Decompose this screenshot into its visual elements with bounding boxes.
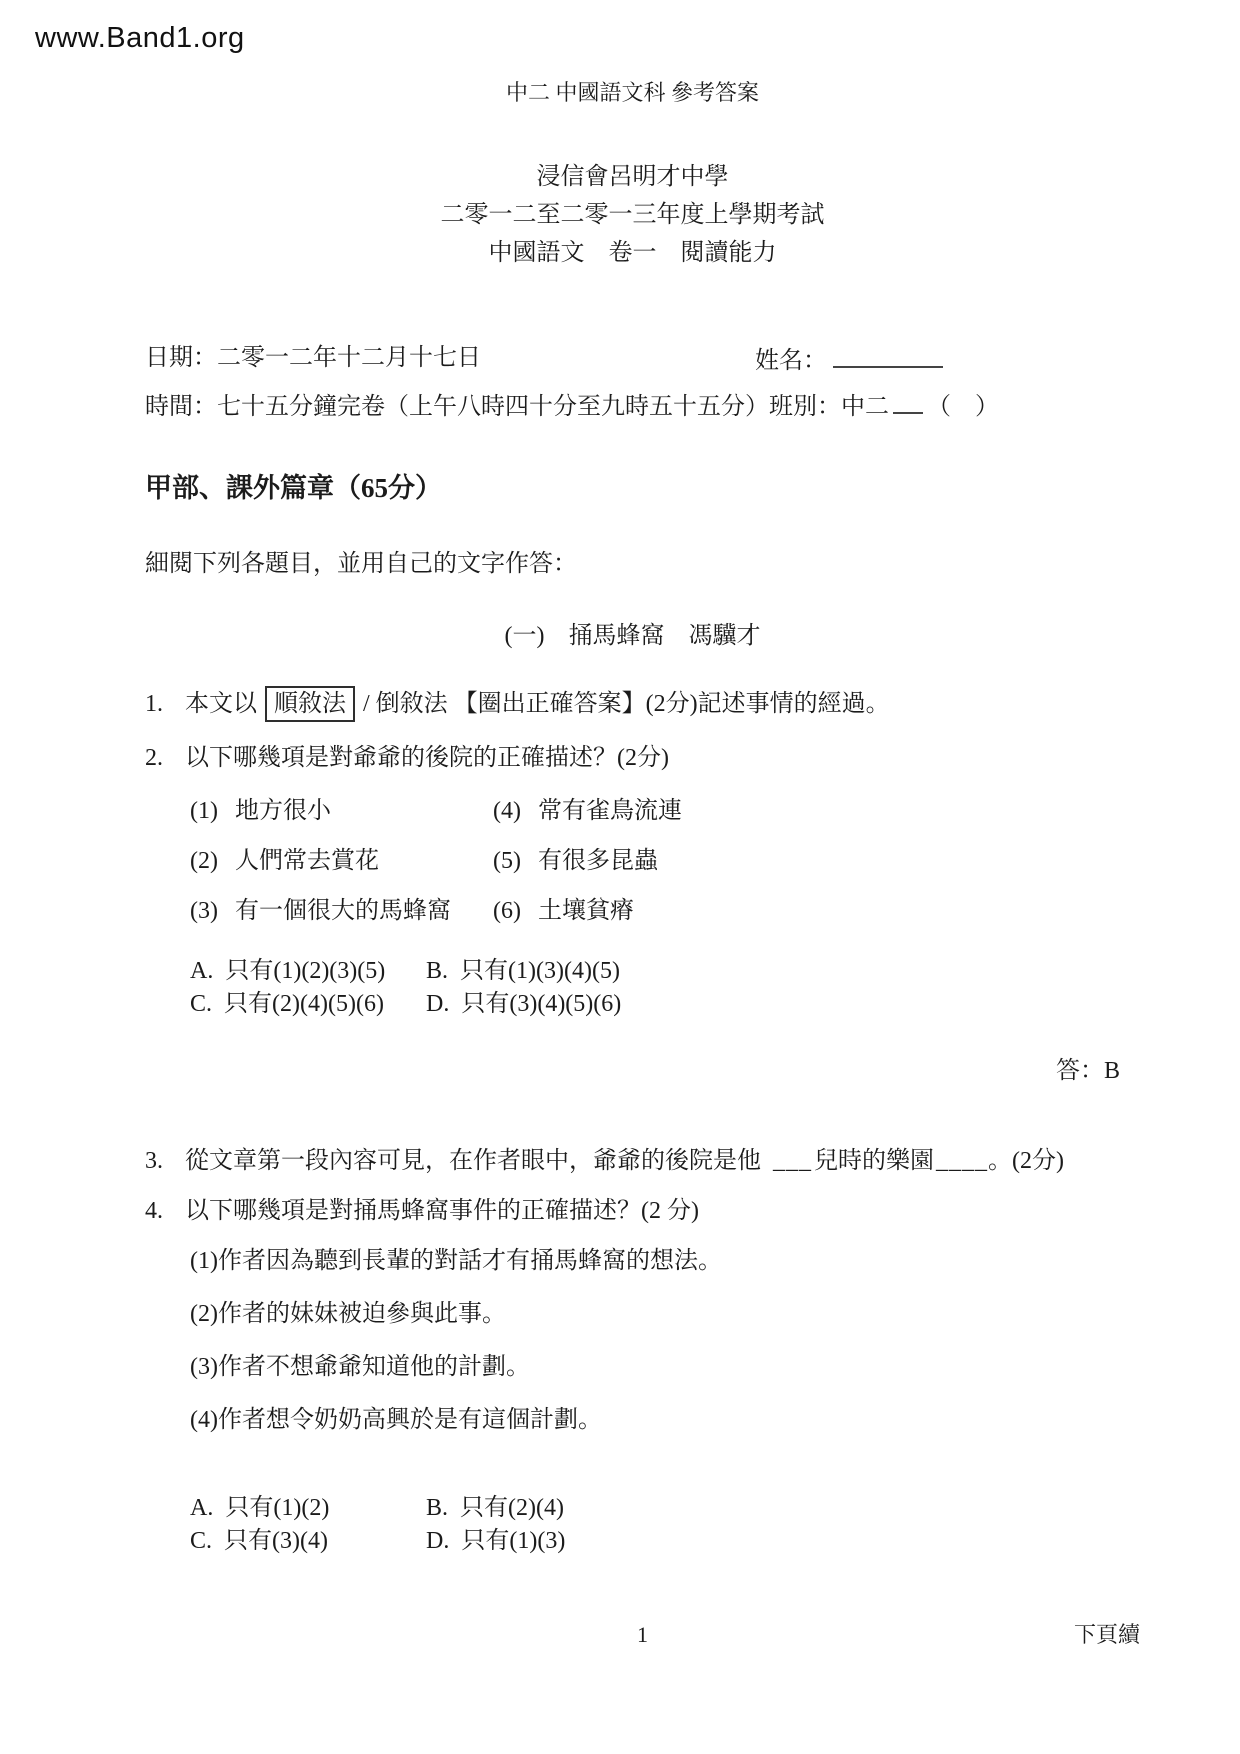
option-label: A.	[190, 955, 213, 988]
question-3-text-post: 。(2分)	[988, 1148, 1064, 1174]
option-text: 只有(1)(2)(3)(5)	[225, 958, 385, 984]
question-2-answer: 答：B	[145, 1055, 1120, 1088]
name-blank-line	[833, 342, 943, 368]
doc-label: 中二 中國語文科 參考答案	[145, 76, 1120, 109]
option-label: C.	[190, 1525, 212, 1558]
option-d: D.只有(1)(3)	[420, 1528, 565, 1554]
question-2-options-row-1: A.只有(1)(2)(3)(5) B.只有(1)(3)(4)(5)	[190, 955, 1120, 988]
option-b: B.只有(1)(3)(4)(5)	[420, 958, 620, 984]
time-class-row: 時間：七十五分鐘完卷（上午八時四十分至九時五十五分）班別：中二（ ）	[145, 388, 1120, 424]
list-item: (5)有很多昆蟲	[493, 845, 1120, 878]
page-footer: 1 下頁續	[145, 1620, 1140, 1650]
question-3-filled-answer: 兒時的樂園	[814, 1148, 934, 1174]
question-4-options-row-1: A.只有(1)(2) B.只有(2)(4)	[190, 1492, 1120, 1525]
option-label: C.	[190, 988, 212, 1021]
question-2-text: 以下哪幾項是對爺爺的後院的正確描述？(2分)	[185, 745, 669, 771]
question-4-item-2: (2)作者的妹妹被迫參與此事。	[190, 1298, 1120, 1331]
item-number: (3)	[190, 895, 235, 928]
blank-underscores: ___	[773, 1148, 812, 1174]
question-4-item-4: (4)作者想令奶奶高興於是有這個計劃。	[190, 1404, 1120, 1437]
option-text: 只有(1)(3)(4)(5)	[460, 958, 620, 984]
option-text: 只有(3)(4)	[224, 1528, 328, 1554]
item-number: (6)	[493, 895, 538, 928]
passage-title: (一) 捅馬蜂窩 馮驥才	[145, 620, 1120, 653]
watermark-link: www.Band1.org	[35, 22, 245, 55]
question-4-text: 以下哪幾項是對捅馬蜂窩事件的正確描述？(2 分)	[185, 1198, 699, 1224]
name-field-group: 姓名：	[755, 342, 943, 378]
question-1-number: 1.	[145, 684, 185, 724]
class-parens: （ ）	[927, 394, 999, 420]
item-number: (2)	[190, 845, 235, 878]
option-text: 只有(2)(4)	[460, 1495, 564, 1521]
item-text: 土壤貧瘠	[538, 898, 634, 924]
question-2-items: (1)地方很小 (4)常有雀鳥流連 (2)人們常去賞花 (5)有很多昆蟲 (3)…	[190, 795, 1120, 928]
option-text: 只有(3)(4)(5)(6)	[461, 991, 621, 1017]
item-number: (5)	[493, 845, 538, 878]
exam-answer-page: www.Band1.org 中二 中國語文科 參考答案 浸信會呂明才中學 二零一…	[0, 0, 1240, 1754]
item-text: 有一個很大的馬蜂窩	[235, 898, 451, 924]
item-text: 常有雀鳥流連	[538, 798, 682, 824]
list-item: (1)地方很小	[190, 795, 493, 828]
list-item: (4)常有雀鳥流連	[493, 795, 1120, 828]
question-4-options-row-2: C.只有(3)(4) D.只有(1)(3)	[190, 1525, 1120, 1558]
option-label: A.	[190, 1492, 213, 1525]
question-1: 1.本文以順敘法/ 倒敘法 【圈出正確答案】(2分)記述事情的經過。	[145, 684, 1120, 724]
class-blank-line	[893, 388, 923, 414]
item-number: (4)	[493, 795, 538, 828]
option-d: D.只有(3)(4)(5)(6)	[420, 991, 621, 1017]
option-label: D.	[426, 1525, 449, 1558]
paper-title-line: 中國語文 卷一 閱讀能力	[145, 237, 1120, 270]
option-text: 只有(2)(4)(5)(6)	[224, 991, 384, 1017]
instruction-line: 細閱下列各題目，並用自己的文字作答：	[145, 548, 1120, 581]
question-1-circled-answer: 順敘法	[265, 686, 355, 722]
page-content: 中二 中國語文科 參考答案 浸信會呂明才中學 二零一二至二零一三年度上學期考試 …	[0, 76, 1240, 1558]
option-label: B.	[426, 955, 448, 988]
date-name-row: 日期：二零一二年十二月十七日 姓名：	[145, 342, 1120, 375]
continue-label: 下頁續	[1074, 1620, 1140, 1650]
time-label: 時間：七十五分鐘完卷（上午八時四十分至九時五十五分）班別：中二	[145, 394, 889, 420]
section-a-heading: 甲部、課外篇章（65分）	[145, 470, 1120, 506]
item-text: 人們常去賞花	[235, 848, 379, 874]
name-label: 姓名：	[755, 348, 827, 374]
list-item: (2)人們常去賞花	[190, 845, 493, 878]
question-2: 2.以下哪幾項是對爺爺的後院的正確描述？(2分)	[145, 742, 1120, 775]
question-2-options-row-2: C.只有(2)(4)(5)(6) D.只有(3)(4)(5)(6)	[190, 988, 1120, 1021]
question-3-number: 3.	[145, 1145, 185, 1178]
blank-underscores: ____	[936, 1148, 988, 1174]
page-number: 1	[637, 1622, 648, 1647]
option-c: C.只有(3)(4)	[190, 1525, 420, 1558]
option-text: 只有(1)(3)	[461, 1528, 565, 1554]
option-text: 只有(1)(2)	[225, 1495, 329, 1521]
option-label: B.	[426, 1492, 448, 1525]
question-4-item-1: (1)作者因為聽到長輩的對話才有捅馬蜂窩的想法。	[190, 1245, 1120, 1278]
option-a: A.只有(1)(2)(3)(5)	[190, 955, 420, 988]
question-3-text-pre: 從文章第一段內容可見，在作者眼中，爺爺的後院是他	[185, 1148, 761, 1174]
question-4: 4.以下哪幾項是對捅馬蜂窩事件的正確描述？(2 分)	[145, 1195, 1120, 1228]
question-2-number: 2.	[145, 742, 185, 775]
question-1-text-post: / 倒敘法 【圈出正確答案】(2分)記述事情的經過。	[363, 691, 890, 717]
item-text: 地方很小	[235, 798, 331, 824]
option-b: B.只有(2)(4)	[420, 1495, 564, 1521]
question-4-item-3: (3)作者不想爺爺知道他的計劃。	[190, 1351, 1120, 1384]
question-1-text-pre: 本文以	[185, 691, 257, 717]
list-item: (3)有一個很大的馬蜂窩	[190, 895, 493, 928]
exam-year-line: 二零一二至二零一三年度上學期考試	[145, 199, 1120, 232]
date-label: 日期：二零一二年十二月十七日	[145, 345, 481, 371]
school-name: 浸信會呂明才中學	[145, 161, 1120, 194]
question-4-number: 4.	[145, 1195, 185, 1228]
item-number: (1)	[190, 795, 235, 828]
list-item: (6)土壤貧瘠	[493, 895, 1120, 928]
option-c: C.只有(2)(4)(5)(6)	[190, 988, 420, 1021]
option-label: D.	[426, 988, 449, 1021]
question-3: 3.從文章第一段內容可見，在作者眼中，爺爺的後院是他___兒時的樂園____。(…	[145, 1145, 1120, 1178]
item-text: 有很多昆蟲	[538, 848, 658, 874]
option-a: A.只有(1)(2)	[190, 1492, 420, 1525]
